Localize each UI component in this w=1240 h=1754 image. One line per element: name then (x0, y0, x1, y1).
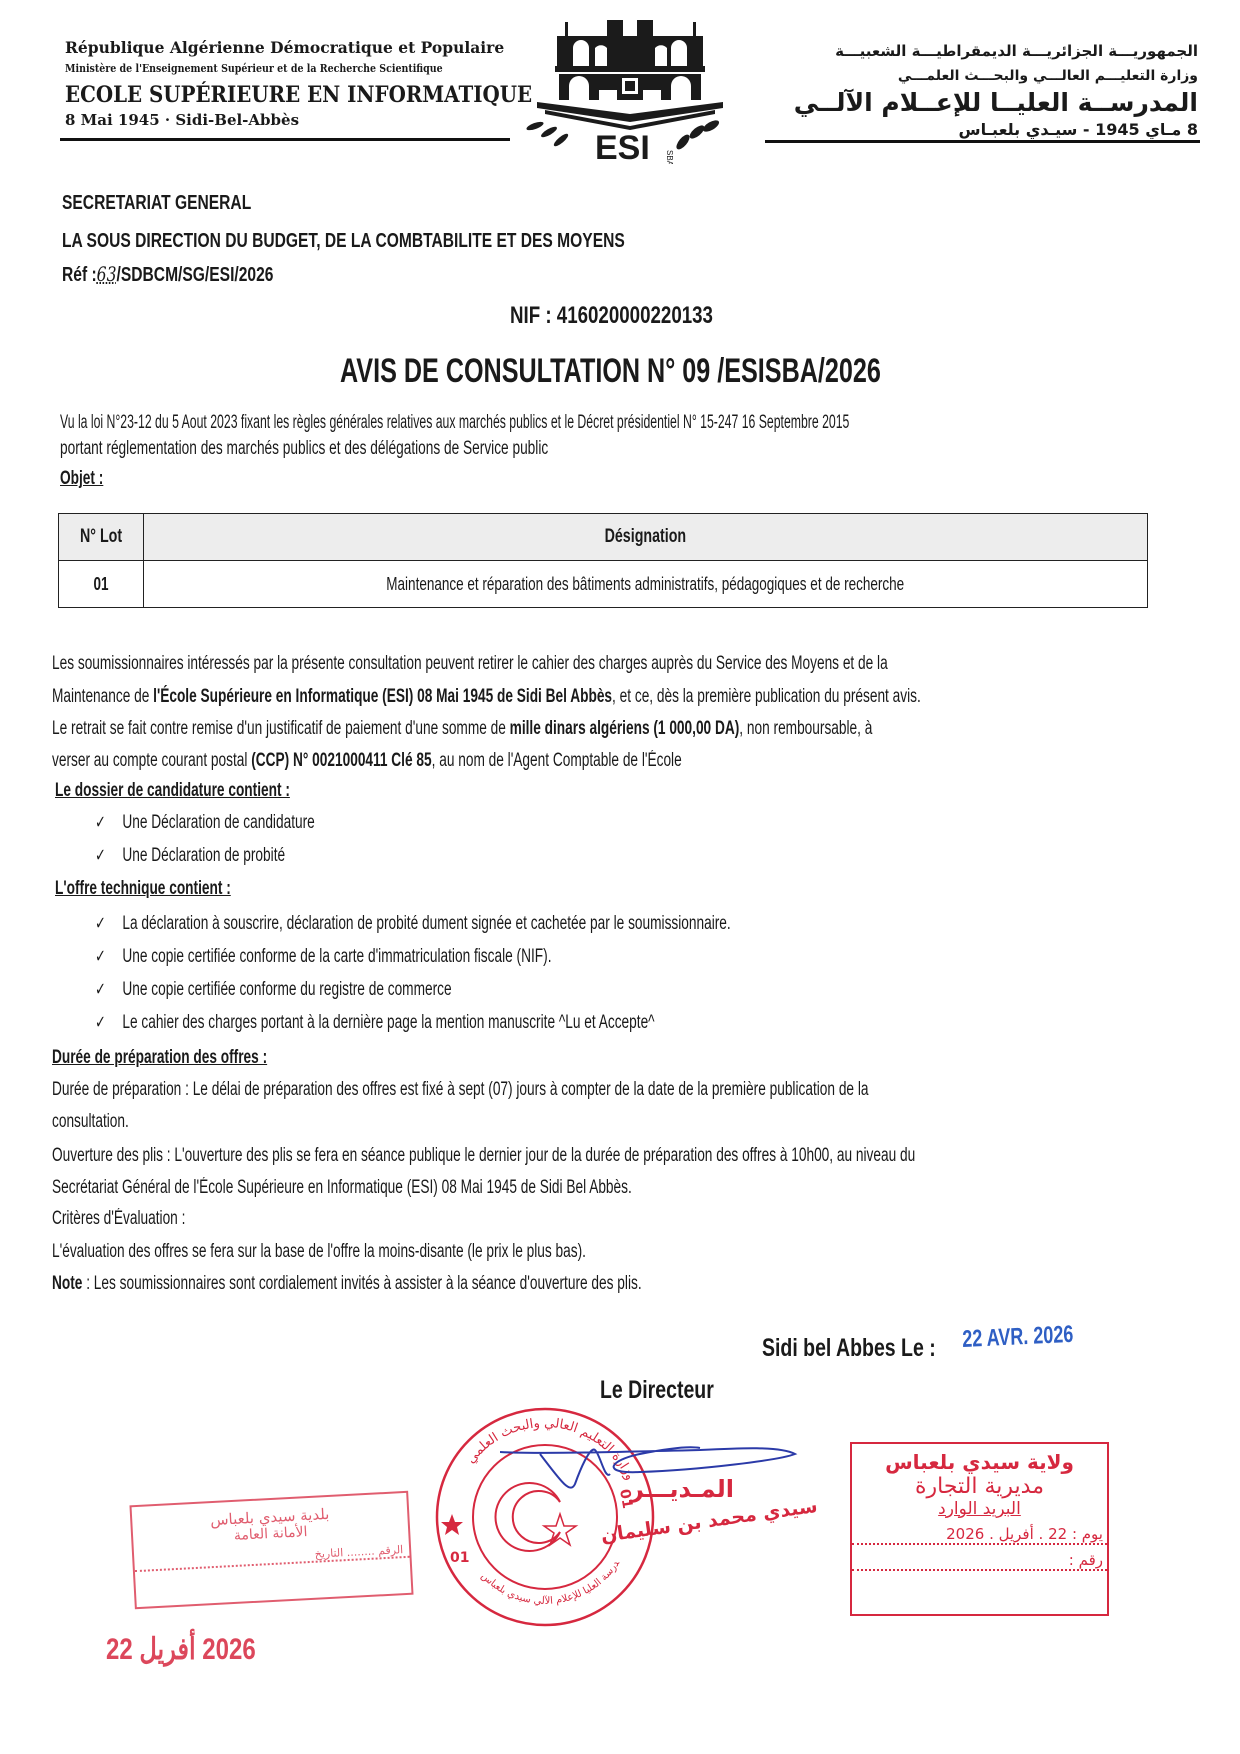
svg-text:SBA: SBA (665, 150, 674, 164)
table-row: 01 Maintenance et réparation des bâtimen… (59, 561, 1148, 608)
note: Note : Les soumissionnaires sont cordial… (52, 1273, 642, 1295)
lot-number: 01 (59, 561, 144, 608)
commune-stamp-date: 2026 أفريل 22 (106, 1632, 256, 1667)
list-item: ✓Une Déclaration de candidature (95, 812, 315, 834)
offre-heading: L'offre technique contient : (55, 878, 231, 900)
header-rule-left (60, 138, 510, 141)
esi-logo: ESI SBA (515, 14, 745, 164)
header-arabic-ministry: وزارة التعليـــم العالـــي والبحـــث الع… (898, 68, 1198, 84)
checkmark-icon: ✓ (95, 845, 122, 866)
duree-line-1: Durée de préparation : Le délai de prépa… (52, 1079, 868, 1101)
preamble-line-2: portant réglementation des marchés publi… (60, 438, 548, 460)
retrait-line-2: Maintenance de l'École Supérieure en Inf… (52, 686, 921, 708)
lots-table-header: N° Lot Désignation (59, 514, 1148, 561)
criteres-text: L'évaluation des offres se fera sur la b… (52, 1241, 586, 1263)
preamble-line-1: Vu la loi N°23-12 du 5 Aout 2023 fixant … (60, 412, 849, 434)
page-title: AVIS DE CONSULTATION N° 09 /ESISBA/2026 (340, 352, 881, 391)
checkmark-icon: ✓ (95, 913, 122, 934)
checkmark-icon: ✓ (95, 1012, 122, 1033)
signature-place: Sidi bel Abbes Le : (762, 1334, 936, 1363)
header-school-name: ECOLE SUPÉRIEURE EN INFORMATIQUE (65, 82, 532, 108)
list-item: ✓La déclaration à souscrire, déclaration… (95, 913, 731, 935)
lots-table: N° Lot Désignation 01 Maintenance et rép… (58, 513, 1148, 608)
objet-label: Objet : (60, 468, 103, 490)
lots-header-lot: N° Lot (59, 514, 144, 561)
lot-designation: Maintenance et réparation des bâtiments … (144, 561, 1148, 608)
ouverture-line-1: Ouverture des plis : L'ouverture des pli… (52, 1145, 915, 1167)
signatory-title: Le Directeur (600, 1376, 714, 1405)
checkmark-icon: ✓ (95, 812, 122, 833)
official-round-seal: 01 01 وزارة التعليم العالي والبحث العلمي… (430, 1402, 660, 1632)
header-arabic-address: 8 مـاي 1945 - سيـدي بلعبـاس (958, 120, 1198, 139)
checkmark-icon: ✓ (95, 979, 122, 1000)
office-subdirection: LA SOUS DIRECTION DU BUDGET, DE LA COMBT… (62, 230, 625, 253)
list-item: ✓Le cahier des charges portant à la dern… (95, 1012, 655, 1034)
list-item: ✓Une Déclaration de probité (95, 845, 285, 867)
header-arabic-school-name: المدرســة العليــا للإعــلام الآلــي (794, 88, 1198, 117)
list-item: ✓Une copie certifiée conforme du registr… (95, 979, 452, 1001)
commerce-stamp-day: يوم : 22 . أفريل . 2026 (852, 1525, 1107, 1545)
dossier-heading: Le dossier de candidature contient : (55, 780, 290, 802)
reference-handwritten-number: 63 (97, 262, 117, 286)
nif-number: NIF : 416020000220133 (510, 302, 713, 330)
seal-icon: 01 01 وزارة التعليم العالي والبحث العلمي… (430, 1402, 660, 1632)
header-ministry: Ministère de l'Enseignement Supérieur et… (65, 62, 443, 75)
lots-header-designation: Désignation (144, 514, 1148, 561)
ouverture-line-2: Secrétariat Général de l'École Supérieur… (52, 1177, 632, 1199)
duree-heading: Durée de préparation des offres : (52, 1047, 267, 1069)
header-arabic-republic: الجمهوريـــة الجزائريـــة الديمقراطيـــة… (835, 42, 1198, 60)
duree-line-2: consultation. (52, 1111, 129, 1133)
commune-stamp: بلدية سيدي بلعباس الأمانة العامة الرقم .… (129, 1491, 413, 1609)
list-item: ✓Une copie certifiée conforme de la cart… (95, 946, 552, 968)
svg-text:ESI: ESI (595, 129, 650, 164)
office-reference: Réf :63/SDBCM/SG/ESI/2026 (62, 262, 273, 287)
svg-text:01: 01 (450, 1550, 469, 1566)
handwritten-signature (500, 1440, 800, 1510)
header-rule-right (765, 140, 1200, 143)
office-secretariat: SECRETARIAT GENERAL (62, 192, 251, 215)
checkmark-icon: ✓ (95, 946, 122, 967)
retrait-line-4: verser au compte courant postal (CCP) N°… (52, 750, 682, 772)
retrait-line-1: Les soumissionnaires intéressés par la p… (52, 653, 888, 675)
esi-logo-icon: ESI SBA (515, 14, 745, 164)
retrait-line-3: Le retrait se fait contre remise d'un ju… (52, 718, 872, 740)
date-stamp: 22 AVR. 2026 (962, 1321, 1074, 1354)
header-republic: République Algérienne Démocratique et Po… (65, 38, 504, 57)
criteres-label: Critères d'Évaluation : (52, 1208, 185, 1230)
commerce-stamp: ولاية سيدي بلعباس مديرية التجارة البريد … (850, 1442, 1109, 1616)
commerce-stamp-number: رقم : (852, 1551, 1107, 1571)
header-school-address: 8 Mai 1945 · Sidi-Bel-Abbès (65, 111, 299, 129)
